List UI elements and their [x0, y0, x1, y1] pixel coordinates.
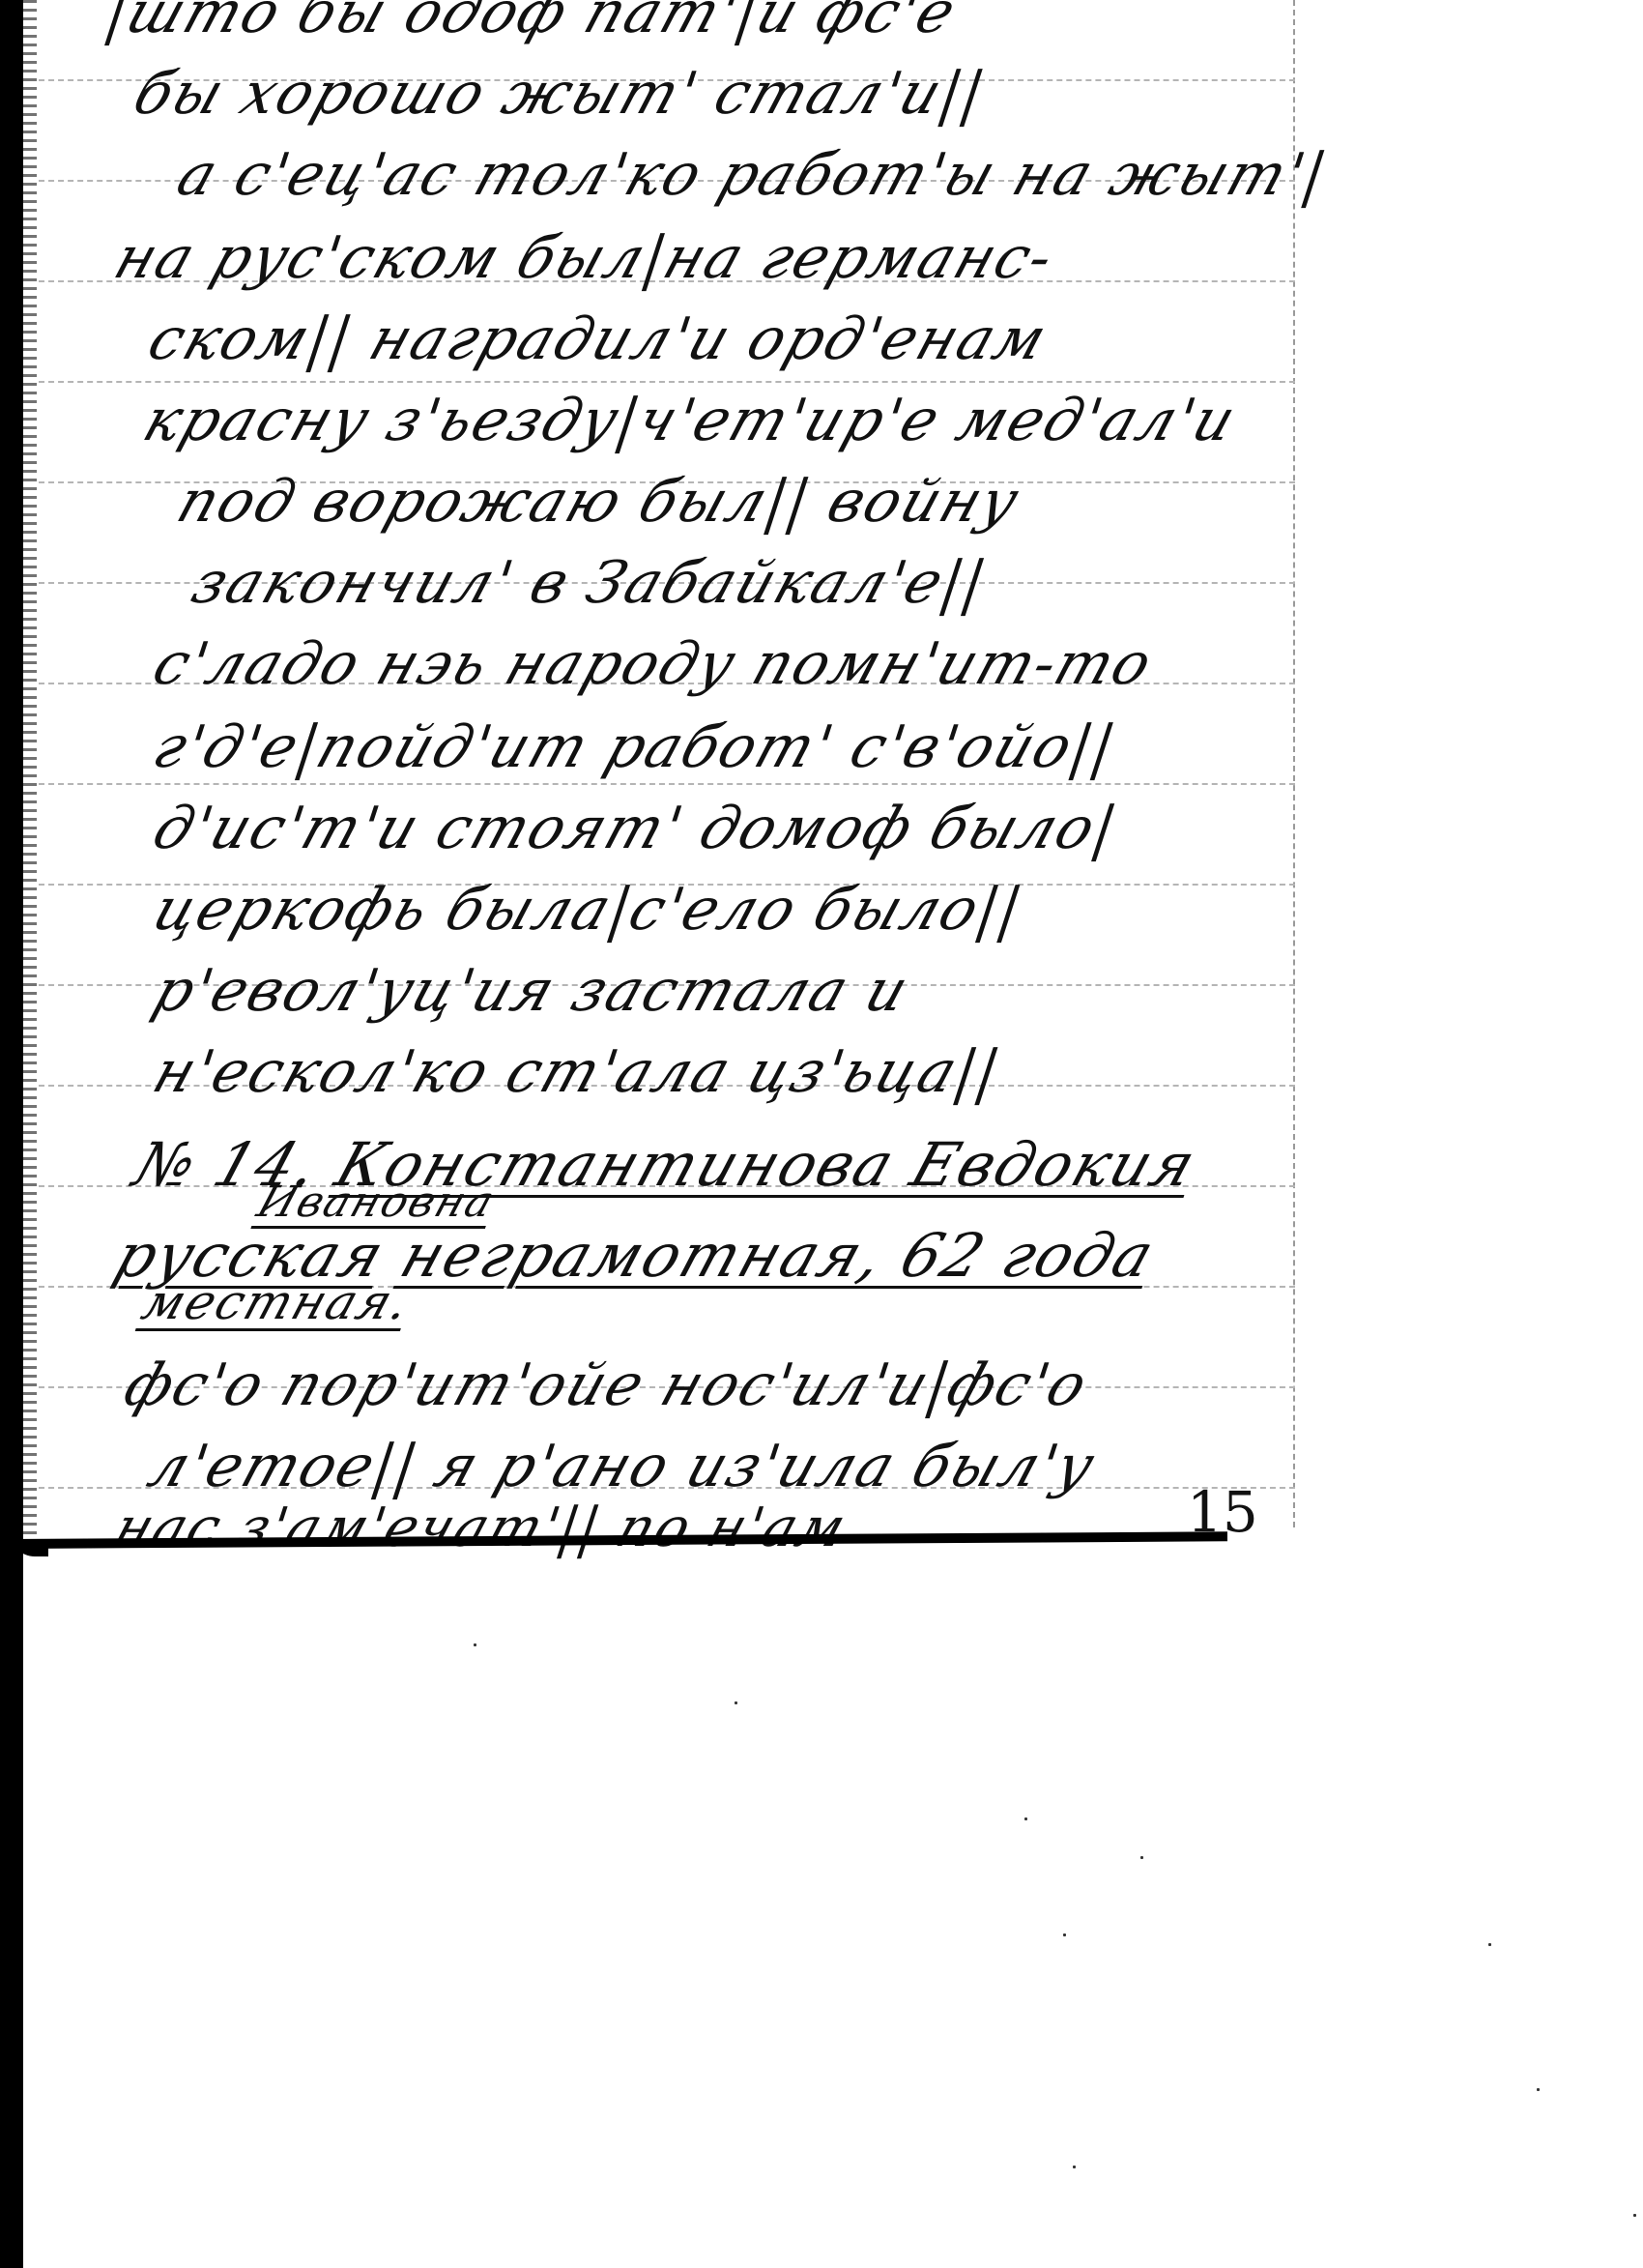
ruled-line	[39, 783, 1295, 785]
text-line-6: красну з'ьезду|ч'ет'ир'е мед'ал'и	[135, 387, 1246, 454]
informant-origin: местная.	[135, 1274, 418, 1330]
text-line-3: а с'ец'ас тол'ко работ'ы на жыт'|	[169, 141, 1337, 209]
scan-speck	[1063, 1934, 1066, 1936]
text-line-4: на рус'ском был|на германс-	[106, 224, 1063, 292]
ruled-line	[39, 381, 1295, 383]
text-line-16: л'етое|| я р'ано из'ила был'у	[140, 1433, 1105, 1500]
text-line-5: ском|| наградил'и орд'енам	[140, 305, 1056, 373]
scan-speck	[1073, 2166, 1076, 2168]
scan-speck	[1140, 1856, 1143, 1859]
scan-speck	[1024, 1817, 1027, 1820]
text-line-7: под ворожаю был|| войну	[169, 468, 1028, 536]
text-line-2: бы хорошо жыт' стал'и||	[126, 60, 994, 128]
scan-speck	[1633, 2214, 1636, 2217]
manuscript-sheet: |што бы одоф пат'|и фс'е бы хорошо жыт' …	[0, 0, 1300, 1547]
text-line-10: г'д'е|пойд'ит работ' с'в'ойо||	[145, 713, 1126, 781]
scan-speck	[1537, 2088, 1540, 2091]
text-line-17: нас з'ам'ечат'|| по н'ам	[106, 1497, 855, 1559]
text-line-9: с'ладо нэь народу помн'ит-то	[145, 630, 1162, 698]
binding-edge-texture	[23, 0, 37, 1547]
text-line-15: фс'о пор'ит'ойе нос'ил'и|фс'о	[116, 1352, 1097, 1419]
scan-speck	[1488, 1943, 1491, 1946]
text-line-8: закончил' в Забайкал'е||	[184, 549, 996, 617]
text-line-14: н'ескол'ко ст'ала цз'ьца||	[145, 1038, 1010, 1106]
text-line-1: |што бы одоф пат'|и фс'е	[97, 0, 966, 46]
text-line-13: р'евол'уц'ия застала и	[145, 957, 918, 1025]
text-line-12: церкофь была|с'ело было||	[145, 876, 1032, 944]
text-line-11: д'ис'т'и стоят' домоф было|	[145, 795, 1127, 862]
scan-speck	[735, 1701, 737, 1704]
scan-speck	[474, 1643, 476, 1646]
binding-edge	[0, 0, 23, 2268]
right-margin-rule	[1293, 0, 1295, 1527]
